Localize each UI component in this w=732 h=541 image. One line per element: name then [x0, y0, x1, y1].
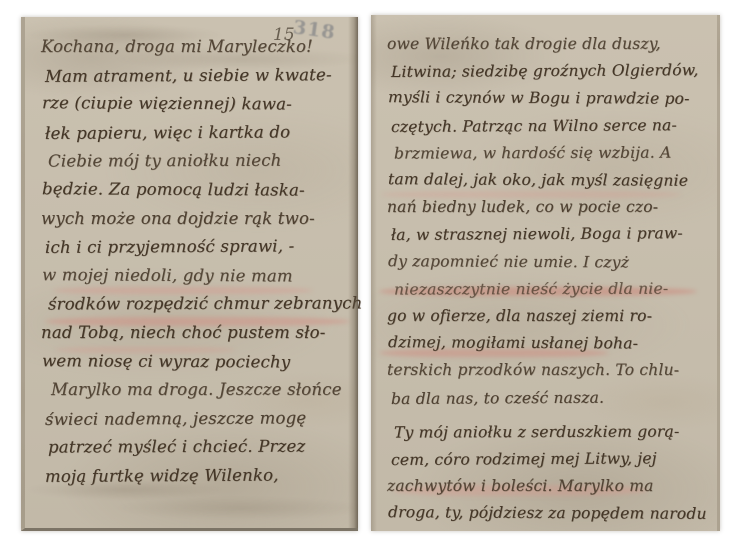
manuscript-line: tam dalej, jak oko, jak myśl zasięgnie: [388, 166, 707, 195]
manuscript-line: nad Tobą, niech choć pustem sło-: [41, 319, 348, 348]
manuscript-line: Mam atrament, u siebie w kwate-: [45, 61, 348, 91]
manuscript-line: moją furtkę widzę Wilenko,: [45, 461, 348, 491]
manuscript-line: dzimej, mogiłami usłanej boha-: [388, 329, 707, 358]
letter-scan: 15 318 Kochana, droga mi Maryleczko! Mam…: [0, 0, 732, 541]
manuscript-line: świeci nademną, jeszcze mogę: [45, 404, 348, 434]
manuscript-line: Ty mój aniołku z serduszkiem gorą-: [394, 418, 707, 446]
manuscript-line: będzie. Za pomocą ludzi łaska-: [42, 175, 348, 205]
manuscript-line: nań biedny ludek, co w pocie czo-: [387, 194, 707, 221]
manuscript-line: wem niosę ci wyraz pociechy: [42, 347, 348, 377]
manuscript-line: niezaszczytnie nieść życie dla nie-: [394, 275, 707, 303]
manuscript-line: terskich przodków naszych. To chlu-: [387, 357, 707, 384]
manuscript-line: ba dla nas, to cześć nasza.: [391, 384, 707, 413]
manuscript-line: ła, w strasznej niewoli, Boga i praw-: [391, 220, 707, 249]
manuscript-line: Litwina; siedzibę groźnych Olgierdów,: [391, 57, 707, 86]
manuscript-line: dy zapomnieć nie umie. I czyż: [388, 248, 707, 277]
manuscript-line: rze (ciupie więziennej) kawa-: [42, 89, 348, 119]
manuscript-line: cem, córo rodzimej mej Litwy, jej: [391, 445, 707, 474]
manuscript-line: czętych. Patrząc na Wilno serce na-: [391, 112, 707, 141]
letter-page-right: owe Wileńko tak drogie dla duszy, Litwin…: [371, 15, 720, 531]
manuscript-line: w mojej niedoli, gdy nie mam: [42, 261, 348, 291]
manuscript-line: ich i ci przyjemność sprawi, -: [45, 232, 348, 262]
manuscript-line: łek papieru, więc i kartka do: [45, 118, 348, 148]
manuscript-line: brzmiewa, w hardość się wzbija. A: [394, 139, 707, 167]
binding-edge-shadow: [348, 17, 358, 528]
right-page-text: owe Wileńko tak drogie dla duszy, Litwin…: [371, 15, 717, 528]
manuscript-line: środków rozpędzić chmur zebranych: [48, 290, 348, 320]
manuscript-line: Marylko ma droga. Jeszcze słońce: [51, 376, 348, 405]
manuscript-line: patrzeć myśleć i chcieć. Przez: [48, 433, 348, 463]
letter-page-left: 15 318 Kochana, droga mi Maryleczko! Mam…: [21, 17, 358, 531]
manuscript-line: go w ofierze, dla naszej ziemi ro-: [387, 303, 707, 330]
manuscript-line: droga, ty, pójdziesz za popędem narodu: [388, 500, 707, 529]
manuscript-line: owe Wileńko tak drogie dla duszy,: [387, 31, 707, 58]
manuscript-line: myśli i czynów w Bogu i prawdzie po-: [388, 85, 707, 114]
manuscript-line: Ciebie mój ty aniołku niech: [48, 147, 348, 177]
manuscript-line: Kochana, droga mi Maryleczko!: [41, 33, 348, 62]
manuscript-line: wych może ona dojdzie rąk two-: [41, 205, 348, 234]
manuscript-line: zachwytów i boleści. Marylko ma: [387, 473, 707, 500]
left-page-text: Kochana, droga mi Maryleczko! Mam atrame…: [25, 17, 358, 491]
